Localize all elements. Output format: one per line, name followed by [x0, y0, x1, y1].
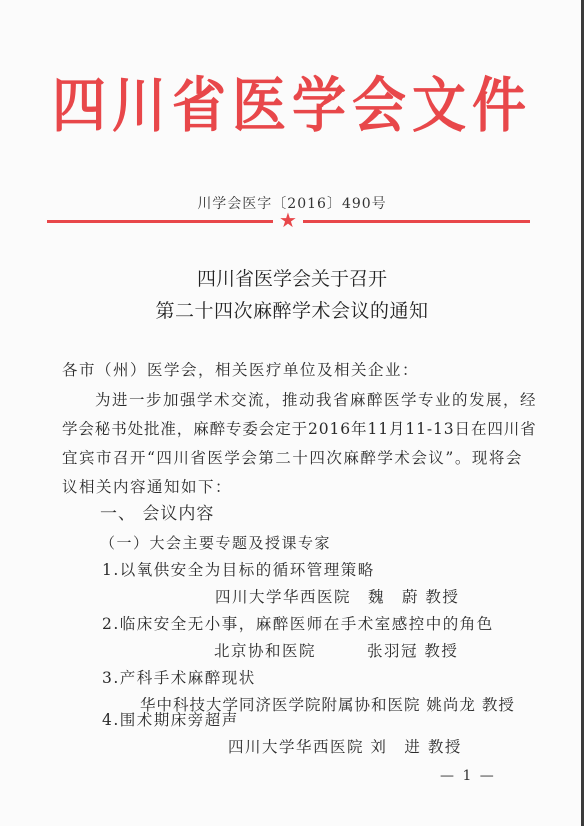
paragraph-line: 议相关内容通知如下：	[62, 476, 232, 498]
topic-speaker: 四川大学华西医院 刘 进 教授	[228, 736, 462, 758]
red-rule-left	[47, 220, 273, 223]
salutation: 各市（州）医学会，相关医疗单位及相关企业：	[62, 359, 419, 381]
topic-speaker: 四川大学华西医院 魏 蔚 教授	[215, 586, 459, 608]
notice-title-line2: 第二十四次麻醉学术会议的通知	[0, 296, 584, 323]
topic-speaker: 北京协和医院 张羽冠 教授	[214, 640, 458, 662]
paragraph-line: 为进一步加强学术交流，推动我省麻醉医学专业的发展，经	[95, 389, 537, 411]
topic-title: 3.产科手术麻醉现状	[102, 667, 256, 689]
topic-title: 1.以氧供安全为目标的循环管理策略	[102, 559, 375, 581]
masthead: 四川省医学会文件	[0, 67, 584, 144]
topic-title: 4.围术期床旁超声	[102, 709, 239, 731]
subsection-heading: （一）大会主要专题及授课专家	[100, 532, 331, 554]
section-heading: 一、 会议内容	[100, 503, 214, 525]
topic-title: 2.临床安全无小事，麻醉医师在手术室感控中的角色	[102, 613, 494, 635]
notice-title-line1: 四川省医学会关于召开	[0, 264, 584, 291]
paragraph-line: 宜宾市召开“四川省医学会第二十四次麻醉学术会议”。现将会	[62, 447, 523, 469]
red-rule-right	[303, 220, 530, 223]
paragraph-line: 学会秘书处批准，麻醉专委会定于2016年11月11-13日在四川省	[62, 418, 537, 440]
page-number: — 1 —	[440, 768, 496, 784]
star-icon: ★	[278, 210, 298, 230]
